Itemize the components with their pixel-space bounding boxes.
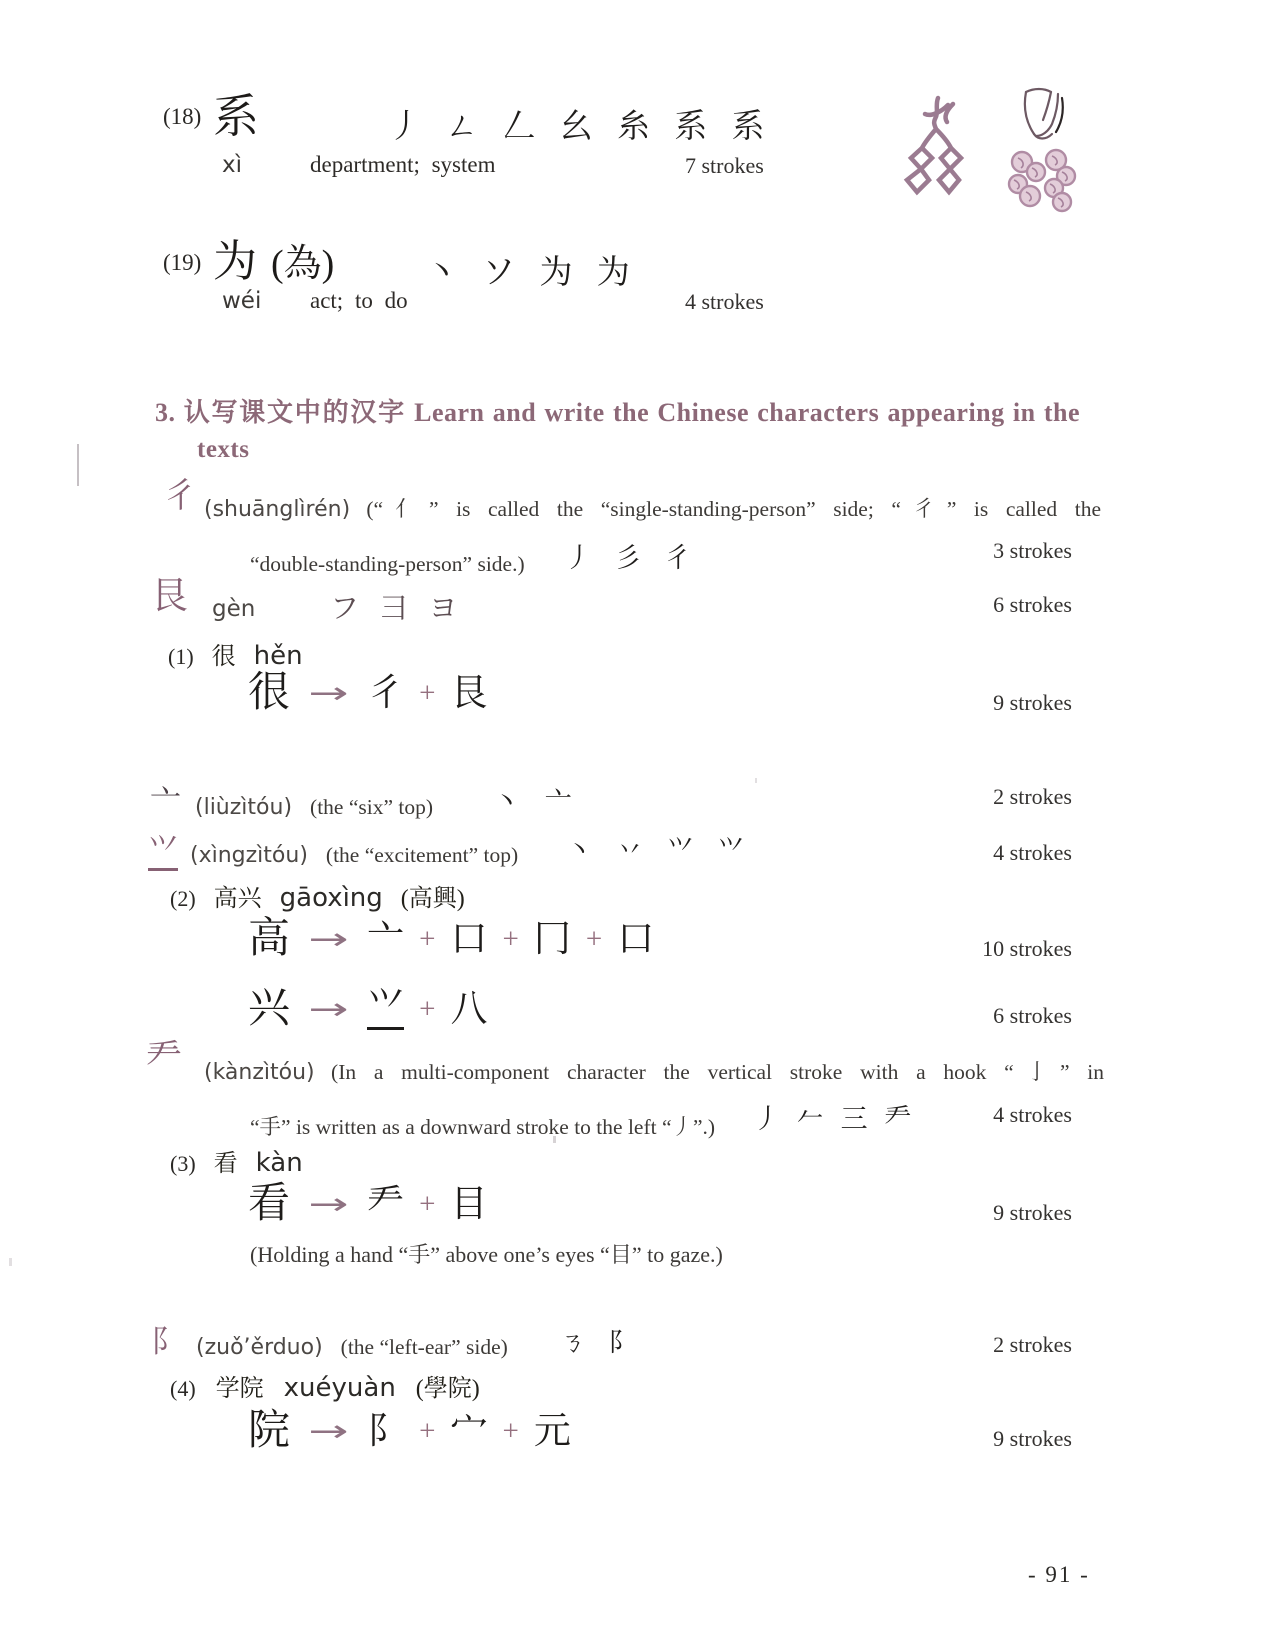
radical-xingzitou-pinyin: (xìngzìtóu) (190, 843, 308, 868)
formula-yuan-stroke-count: 9 strokes (890, 1426, 1072, 1452)
item-4-word: 学院 (216, 1376, 264, 1402)
radical-chi-description: (“亻” is called the “single-standing-pers… (366, 497, 1101, 521)
plus-icon: + (419, 923, 435, 956)
formula-xing-stroke-count: 6 strokes (890, 1003, 1072, 1029)
formula-xing-component-1: ⺍ (367, 989, 404, 1030)
radical-zuoerduo-line: 阝 (zuǒ’ěrduo) (the “left-ear” side) ㄋ 阝 (151, 1325, 634, 1362)
formula-gao-component-4: 口 (617, 921, 654, 958)
item-3-number: (3) (170, 1151, 196, 1176)
formula-hen: 很 → 彳 + 艮 (248, 672, 488, 714)
radical-zuoerduo-stroke-order: ㄋ 阝 (560, 1328, 635, 1357)
formula-gao-component-2: 口 (451, 921, 488, 958)
scan-artifact-tick (553, 1136, 556, 1143)
radical-xingzitou-glyph: ⺍ (148, 834, 178, 871)
plus-icon: + (586, 923, 602, 956)
entry-19-meaning: act; to do (310, 288, 408, 314)
radical-chi-line2: “double-standing-person” side.) 丿 彡 彳 (250, 540, 691, 579)
formula-hen-component-2: 艮 (451, 675, 488, 712)
item-3-word: 看 (214, 1151, 238, 1177)
radical-kanzitou-glyph: 龵 (146, 1040, 182, 1076)
entry-18-number: (18) (163, 104, 201, 130)
radical-xingzitou-stroke-order: 丶 丷 ⺍ ⺍ (566, 836, 744, 865)
entry-18-character: 系 (213, 94, 259, 140)
formula-kan-component-2: 目 (451, 1186, 488, 1223)
plus-icon: + (419, 677, 435, 710)
radical-chi-glyph: 彳 (163, 480, 197, 514)
item-4-header: (4) 学院 xuéyuàn (學院) (170, 1368, 480, 1403)
kan-explanation-note: (Holding a hand “手” above one’s eyes “目”… (250, 1238, 723, 1269)
entry-18-stroke-count: 7 strokes (685, 153, 764, 179)
item-1-header: (1) 很 hěn (168, 636, 303, 671)
formula-kan-stroke-count: 9 strokes (890, 1200, 1072, 1226)
formula-hen-stroke-count: 9 strokes (890, 690, 1072, 716)
item-4-number: (4) (170, 1376, 196, 1401)
formula-yuan-component-2: 宀 (451, 1413, 488, 1450)
radical-zuoerduo-pinyin: (zuǒ’ěrduo) (196, 1335, 323, 1360)
right-arrow-icon: → (308, 676, 348, 711)
scan-artifact-tick (9, 1258, 12, 1266)
item-2-header: (2) 高兴 gāoxìng (高興) (170, 878, 465, 913)
radical-chi-stroke-count: 3 strokes (890, 538, 1072, 564)
radical-kanzitou-stroke-order: 丿 𠂉 三 龵 (753, 1104, 911, 1134)
plus-icon: + (503, 923, 519, 956)
item-4-traditional: (學院) (416, 1376, 480, 1402)
radical-gen-pinyin: gèn (212, 596, 255, 622)
formula-xing: 兴 → ⺍ + 八 (248, 988, 488, 1030)
radical-kanzitou-line1: (kànzìtóu) (In a multi-component charact… (204, 1055, 1104, 1086)
radical-chi-line1: (shuānglìrén) (“亻” is called the “single… (204, 492, 1101, 523)
scan-artifact-line (77, 444, 79, 486)
formula-gao-stroke-count: 10 strokes (890, 936, 1072, 962)
radical-zuoerduo-stroke-count: 2 strokes (890, 1332, 1072, 1358)
formula-gao: 高 → 亠 + 口 + 冂 + 口 (248, 918, 654, 960)
item-2-pinyin: gāoxìng (280, 883, 383, 913)
radical-chi-pinyin: (shuānglìrén) (204, 497, 350, 522)
item-1-pinyin: hěn (254, 641, 303, 671)
formula-xing-result: 兴 (248, 988, 290, 1030)
item-2-number: (2) (170, 886, 196, 911)
radical-chi-stroke-order: 丿 彡 彳 (565, 543, 692, 573)
radical-liuzitou-stroke-order: 丶 亠 (493, 787, 572, 817)
radical-liuzitou-description: (the “six” top) (310, 795, 433, 819)
formula-yuan-component-3: 元 (534, 1413, 571, 1450)
entry-19-pinyin: wéi (222, 288, 261, 314)
entry-19-stroke-order: 丶 ソ 为 为 (425, 246, 630, 293)
item-1-number: (1) (168, 644, 194, 669)
radical-liuzitou-glyph: 亠 (150, 784, 181, 819)
formula-kan-component-1: 龵 (367, 1186, 404, 1223)
entry-18-stroke-order: 丿 ㄥ 𠃋 幺 糸 系 系 (388, 100, 765, 147)
page-number: - 91 - (1028, 1562, 1090, 1588)
item-2-word: 高兴 (214, 886, 262, 912)
formula-kan-result: 看 (248, 1183, 290, 1225)
right-arrow-icon: → (308, 992, 348, 1027)
formula-xing-component-2: 八 (451, 991, 488, 1028)
formula-hen-component-1: 彳 (367, 675, 404, 712)
plus-icon: + (419, 993, 435, 1026)
plus-icon: + (419, 1415, 435, 1448)
right-arrow-icon: → (308, 922, 348, 957)
radical-gen-glyph: 艮 (151, 578, 188, 615)
formula-gao-component-3: 冂 (534, 921, 571, 958)
formula-yuan-component-1: 阝 (367, 1413, 404, 1450)
plus-icon: + (419, 1188, 435, 1221)
radical-chi-description-2: “double-standing-person” side.) (250, 552, 525, 576)
radical-kanzitou-line2: “手” is written as a downward stroke to t… (250, 1103, 911, 1142)
formula-yuan-result: 院 (248, 1410, 290, 1452)
radical-xingzitou-description: (the “excitement” top) (326, 843, 518, 867)
radical-gen-stroke-count: 6 strokes (890, 592, 1072, 618)
right-arrow-icon: → (308, 1414, 348, 1449)
formula-gao-result: 高 (248, 918, 290, 960)
textbook-page: (18) 系 丿 ㄥ 𠃋 幺 糸 系 系 xì department; syst… (0, 0, 1275, 1648)
radical-liuzitou-stroke-count: 2 strokes (890, 784, 1072, 810)
formula-hen-result: 很 (248, 672, 290, 714)
radical-liuzitou-pinyin: (liùzìtóu) (195, 795, 292, 820)
item-4-pinyin: xuéyuàn (284, 1373, 396, 1403)
entry-18-pinyin: xì (222, 152, 242, 178)
entry-19-number: (19) (163, 250, 201, 276)
radical-gen-stroke-order: フ ⺕ ヨ 𠃞 艮 艮 (330, 586, 518, 627)
entry-19-traditional: (為) (271, 243, 334, 285)
item-1-word: 很 (212, 644, 236, 670)
radical-kanzitou-description-2: “手” is written as a downward stroke to t… (250, 1115, 715, 1139)
formula-gao-component-1: 亠 (367, 921, 404, 958)
radical-liuzitou-line: 亠 (liùzìtóu) (the “six” top) 丶 亠 (150, 778, 572, 823)
item-3-pinyin: kàn (256, 1148, 303, 1178)
radical-xingzitou-stroke-count: 4 strokes (890, 840, 1072, 866)
ancient-script-of-xi-silk-threads-icon (898, 92, 976, 220)
plus-icon: + (503, 1415, 519, 1448)
radical-zuoerduo-glyph: 阝 (151, 1324, 182, 1359)
formula-yuan: 院 → 阝 + 宀 + 元 (248, 1410, 571, 1452)
section-heading-line2: texts (197, 436, 249, 464)
radical-zuoerduo-description: (the “left-ear” side) (341, 1335, 508, 1359)
radical-kanzitou-stroke-count: 4 strokes (890, 1102, 1072, 1128)
item-2-traditional: (高興) (401, 886, 465, 912)
radical-kanzitou-pinyin: (kànzìtóu) (204, 1060, 315, 1085)
entry-18-meaning: department; system (310, 152, 496, 178)
entry-19-character: 为 (213, 237, 257, 286)
section-heading-line1: 3. 认写课文中的汉字 Learn and write the Chinese … (155, 392, 1080, 429)
radical-xingzitou-line: ⺍ (xìngzìtóu) (the “excitement” top) 丶 丷… (148, 833, 744, 870)
hand-holding-silk-threads-icon (996, 84, 1084, 224)
entry-19-stroke-count: 4 strokes (685, 289, 764, 315)
radical-kanzitou-description: (In a multi-component character the vert… (331, 1060, 1104, 1084)
formula-kan: 看 → 龵 + 目 (248, 1183, 488, 1225)
right-arrow-icon: → (308, 1187, 348, 1222)
entry-19-character-group: 为 (為) (213, 240, 334, 288)
scan-artifact-tick (755, 778, 757, 783)
item-3-header: (3) 看 kàn (170, 1143, 303, 1178)
